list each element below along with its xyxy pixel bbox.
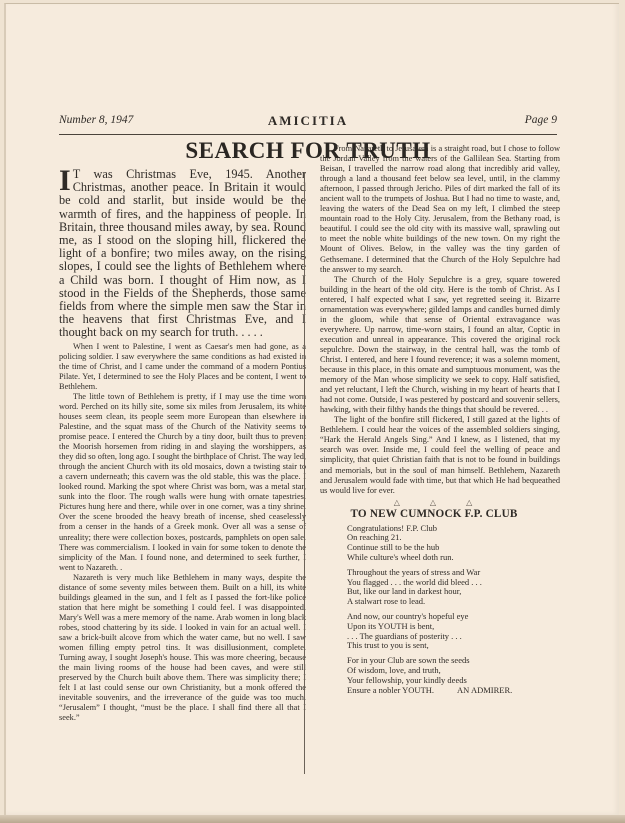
triangle-separator-icon: △ △ △ (320, 498, 560, 507)
publication-name: AMICITIA (59, 113, 557, 129)
body-paragraph: When I went to Palestine, I went as Caes… (59, 342, 306, 392)
poem-last-line: Ensure a nobler YOUTH. (347, 685, 434, 695)
header-rule (59, 134, 557, 135)
body-paragraph: The Church of the Holy Sepulchre is a gr… (320, 275, 560, 416)
lead-paragraph: IT was Christmas Eve, 1945. Another Chri… (59, 168, 306, 340)
poem-line: This trust to you is sent, (347, 641, 560, 651)
poem-stanza: Throughout the years of stress and War Y… (347, 568, 560, 607)
body-paragraph: Nazareth is very much like Bethlehem in … (59, 573, 306, 724)
poem-line: While culture's wheel doth run. (347, 553, 560, 563)
poem-signature: AN ADMIRER. (457, 686, 512, 696)
body-paragraph: From Nazareth to Jerusalem is a straight… (320, 144, 560, 275)
lead-text: T was Christmas Eve, 1945. Another Chris… (59, 167, 306, 339)
poem-stanza: Congratulations! F.P. Club On reaching 2… (347, 524, 560, 563)
poem-title: TO NEW CUMNOCK F.P. CLUB (308, 508, 560, 520)
poem-stanza: And now, our country's hopeful eye Upon … (347, 612, 560, 651)
poem-line: A stalwart rose to lead. (347, 597, 560, 607)
poem-stanza: For in your Club are sown the seeds Of w… (347, 656, 560, 695)
page-edge (0, 815, 625, 823)
running-header: Number 8, 1947 AMICITIA Page 9 (59, 114, 557, 134)
body-paragraph: The little town of Bethlehem is pretty, … (59, 392, 306, 573)
poem-line: Ensure a nobler YOUTH.AN ADMIRER. (347, 686, 560, 696)
body-paragraph: The light of the bonfire still flickered… (320, 415, 560, 495)
drop-cap: I (59, 169, 71, 193)
column-divider (304, 172, 305, 774)
page-number: Page 9 (525, 114, 557, 126)
left-column: IT was Christmas Eve, 1945. Another Chri… (59, 168, 306, 723)
right-column: From Nazareth to Jerusalem is a straight… (320, 144, 560, 700)
